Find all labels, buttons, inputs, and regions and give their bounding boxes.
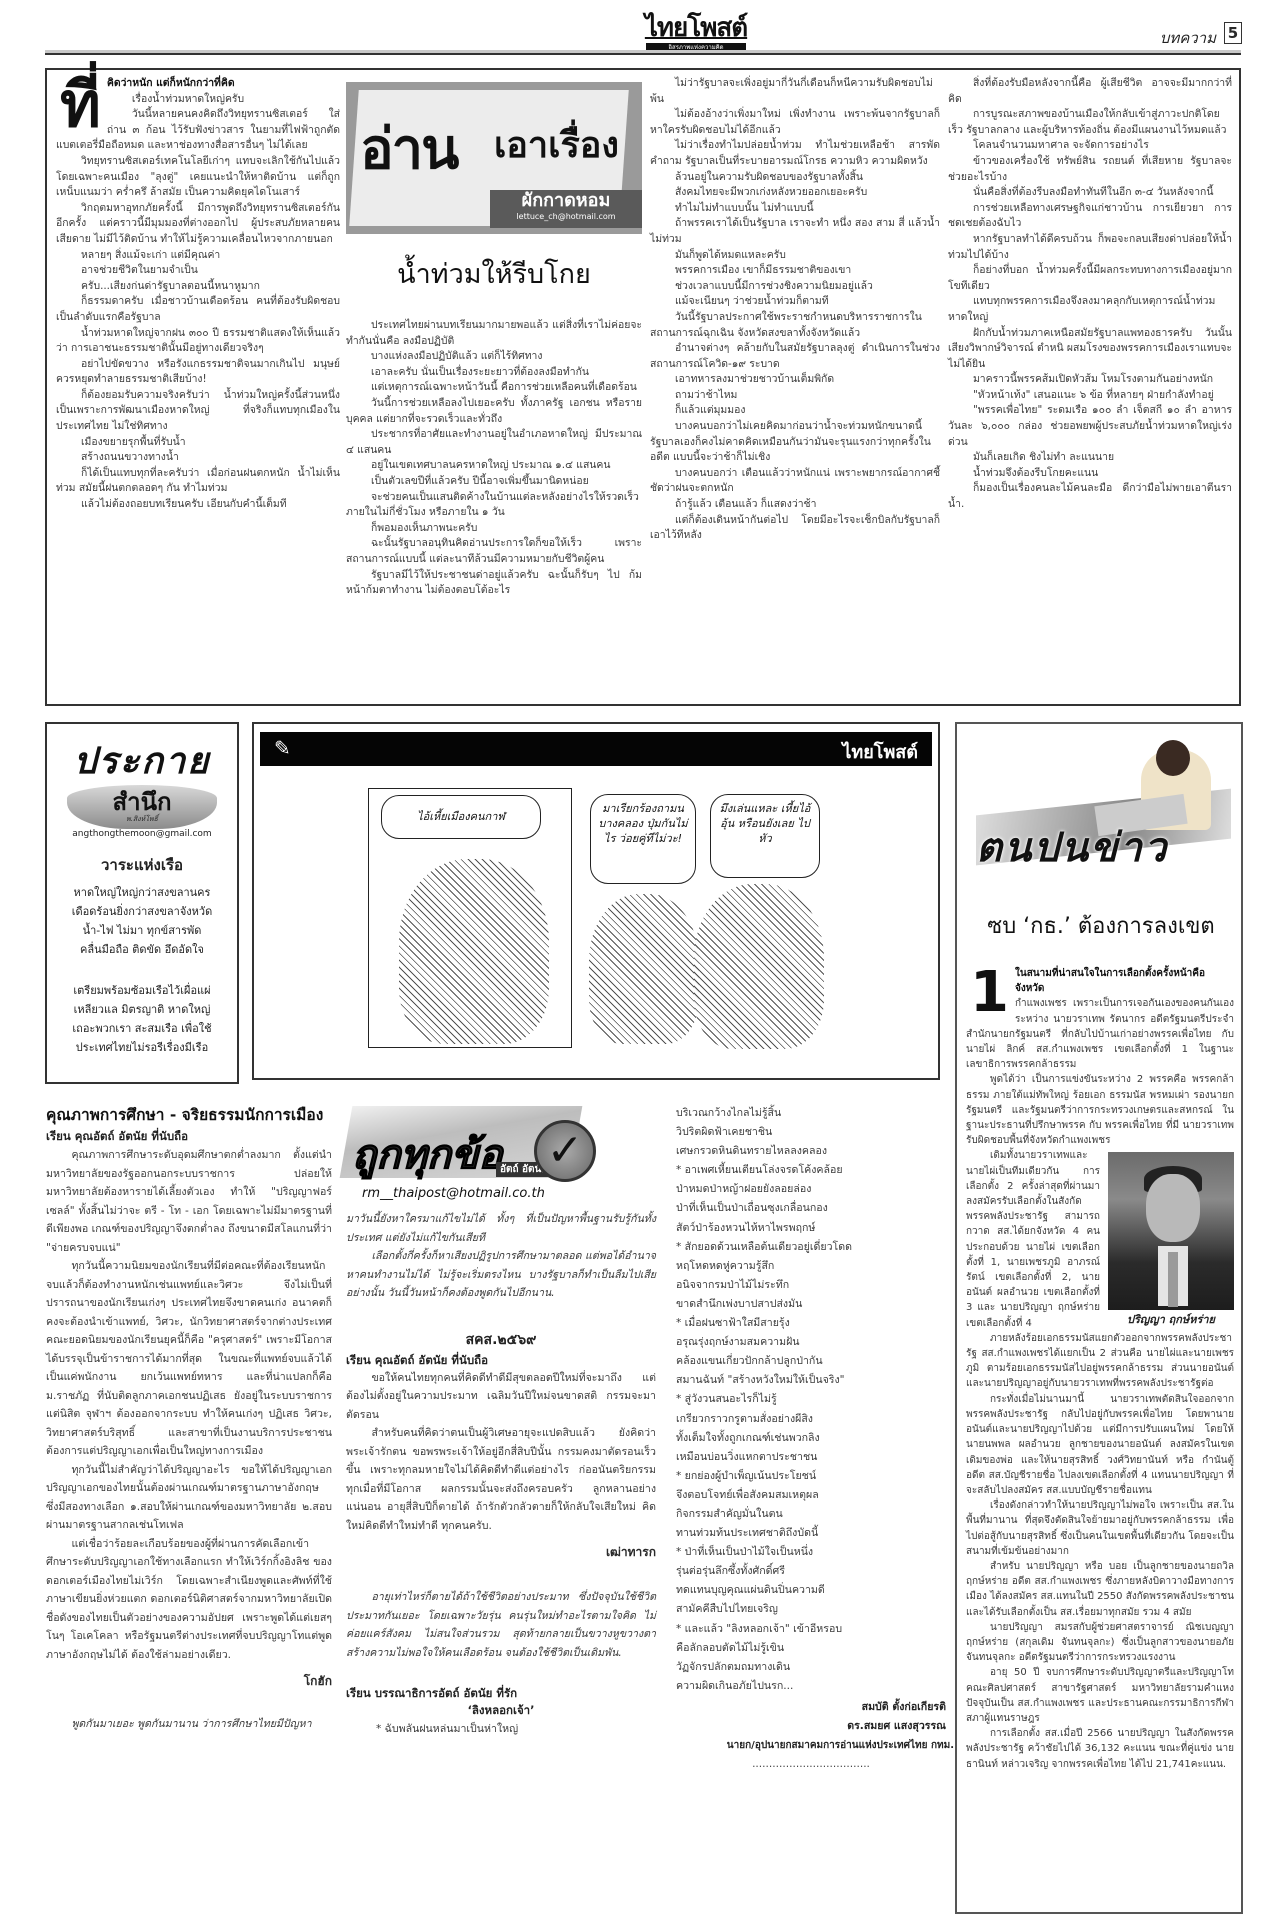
poem-line: ป่าหมดป่าหญ้าฝอยยังลอยล่อง <box>676 1180 946 1199</box>
poem-line: เถอะพวกเรา สะสมเรือ เพื่อใช้ <box>48 1019 236 1038</box>
poem-signature: สมบัติ ตั้งก่อเกียรติ <box>676 1698 946 1717</box>
poem-line: * สู่วังวนสนอะไรก็ไม่รู้ <box>676 1390 946 1409</box>
education-letter: คุณภาพการศึกษา - จริยธรรมนักการเมือง เรี… <box>46 1104 332 1733</box>
poem-line: อนิจจากรมป่าไม้ไม่ระทึก <box>676 1276 946 1295</box>
poem-line: เดือดร้อนยิ่งกว่าสงขลาจังหวัด <box>48 902 236 921</box>
speech-bubble-1: ไอ้เหี้ยเมืองคนกาฬ <box>381 795 541 839</box>
photo-tie <box>1168 1252 1178 1307</box>
paragraph: ถ้าพรรคเราได้เป็นรัฐบาล เราจะทำ หนึ่ง สอ… <box>650 216 940 247</box>
paragraph: นายปริญญา สมรสกับผู้ช่วยศาสตราจารย์ ณิชเ… <box>966 1620 1234 1666</box>
poem-signature: ดร.สมยศ แสงสุวรรณ <box>676 1717 946 1736</box>
poem-line: * และแล้ว "ลิงหลอกเจ้า" เข้าอีหรอบ <box>676 1620 946 1639</box>
paragraph: ไม่ต้องอ้างว่าเพิ่งมาใหม่ เพิ่งทำงาน เพร… <box>650 107 940 138</box>
poem-author: พ.สิงห์โพธิ์ <box>67 815 217 823</box>
paragraph: มาคราวนี้พรรคส้มเปิดหัวส้ม โหมโรงตามกันอ… <box>948 372 1232 388</box>
cartoon-brand: ไทยโพสต์ <box>842 737 918 766</box>
poem-line: ทดแทนบุญคุณแผ่นดินปิ่นความดี <box>676 1581 946 1600</box>
paragraph: ไม่ว่ารัฐบาลจะเพิ่งอยู่มากี่วันกี่เดือนก… <box>650 76 940 107</box>
paragraph: เลือกตั้งกี่ครั้งก็หาเสียงปฏิรูปการศึกษา… <box>346 1247 656 1303</box>
poem-line: ขาดสำนึกเพ่งบาปสาปส่งมัน <box>676 1295 946 1314</box>
poem-line: สัตว์ป่าร้องหวนไห้หาไพรพฤกษ์ <box>676 1219 946 1238</box>
paragraph: ก็มองเป็นเรื่องคนละไม้คนละมือ ดีกว่ามือไ… <box>948 481 1232 512</box>
tonpon-article: 1 ในสนามที่น่าสนใจในการเลือกตั้งครั้งหน้… <box>966 966 1234 1772</box>
paragraph: บางคนบอกว่า เตือนแล้วว่าหนักแน่ เพราะพยา… <box>650 466 940 497</box>
poem-line: กิจกรรมสำคัญมั่นในตน <box>676 1505 946 1524</box>
poem-box-content: ประกาย สำนึก พ.สิงห์โพธิ์ angthongthemoo… <box>48 732 236 1057</box>
poem-line: เกรียวกราวกรูตามสั่งอย่างผีสิง <box>676 1410 946 1429</box>
scroll-title: สำนึก <box>67 785 217 819</box>
mascot-icon: ✎ <box>274 736 291 760</box>
paragraph: ฉะนั้นรัฐบาลอนุทินคิดอ่านประการใดก็ขอให้… <box>346 536 642 567</box>
paragraph: รัฐบาลมีไว้ให้ประชาชนด่าอยู่แล้วครับ ฉะน… <box>346 568 642 599</box>
paragraph: มาวันนี้ยังหาใครมาแก้ไขไม่ได้ ทั้งๆ ที่เ… <box>346 1210 656 1247</box>
editor-reply: อายุเท่าไหร่ก็ตายได้ถ้าใช้ชีวิตอย่างประม… <box>346 1588 656 1662</box>
paragraph: อย่าไปขัดขวาง หรือรังแกธรรมชาติจนมากเกิน… <box>56 357 340 388</box>
poem-line: เศษกรวดหินดินทรายไหลลงคลอง <box>676 1142 946 1161</box>
paragraph: วิทยุทรานซิสเตอร์เทคโนโลยีเก่าๆ แทบจะเลิ… <box>56 154 340 201</box>
speech-bubble-3: มึงเล่นแหละ เหี้ยไอ้อุ้น หรือนยังเลย ไปห… <box>710 794 820 878</box>
paragraph: โคลนจำนวนมหาศาล จะจัดการอย่างไร <box>948 138 1232 154</box>
article-headline: น้ำท่วมให้รีบโกย <box>346 252 642 295</box>
paragraph: การบูรณะสภาพของบ้านเมืองให้กลับเข้าสู่ภา… <box>948 107 1232 138</box>
letter-salutation: เรียน บรรณาธิการอัตถ์ อัตนัย ที่รัก <box>346 1684 656 1702</box>
article-column-3: ไม่ว่ารัฐบาลจะเพิ่งอยู่มากี่วันกี่เดือนก… <box>650 76 940 544</box>
tuk-tuk-kho-logo: ถูกทุกข้อ อัตถ์ อัตนัย ✓ <box>346 1096 656 1188</box>
paragraph: วันนี้รัฐบาลประกาศใช้พระราชกำหนดบริหารรา… <box>650 310 940 341</box>
paragraph: ก็แล้วแต่มุมมอง <box>650 403 940 419</box>
portrait-photo <box>1108 1152 1234 1310</box>
paragraph: มันก็พูดได้หมดแหละครับ <box>650 248 940 264</box>
banner-small-text: เอาเรื่อง <box>494 126 619 166</box>
poem-stanza-1: หาดใหญ่ใหญ่กว่าสงขลานคร เดือดร้อนยิ่งกว่… <box>48 883 236 959</box>
paragraph: สำหรับ นายปริญญา หรือ บอย เป็นลูกชายของน… <box>966 1559 1234 1620</box>
tonpon-headline: ซบ ‘กธ.’ ต้องการลงเขต <box>966 908 1236 943</box>
poem-line: สมานฉันท์ "สร้างหวังใหม่ให้เป็นจริง" <box>676 1371 946 1390</box>
paragraph: ครับ...เสียงก่นด่ารัฐบาลตอนนี้หนาหูมาก <box>56 279 340 295</box>
paragraph: เอาละครับ นั่นเป็นเรื่องระยะยาวที่ต้องลง… <box>346 365 642 381</box>
paragraph: ล้วนอยู่ในความรับผิดชอบของรัฐบาลทั้งสิ้น <box>650 170 940 186</box>
paragraph: ไม่ว่าเรื่องทำไมปล่อยน้ำท่วม ทำไมช่วยเหล… <box>650 138 940 169</box>
author-name: ผักกาดหอม <box>490 190 642 212</box>
paragraph: เมืองขยายรุกพื้นที่รับน้ำ <box>56 435 340 451</box>
letter-signature: เฒ่าทารก <box>346 1543 656 1562</box>
poem-column: บริเวณกว้างไกลไม่รู้สิ้น วิปริตผิดฟ้าเคย… <box>676 1104 946 1774</box>
poem-first-line: * ฉับพลันฝนหล่นมาเป็นห่าใหญ่ <box>346 1720 656 1738</box>
paragraph: วิกฤตมหาอุทกภัยครั้งนี้ มีการพูดถึงวิทยุ… <box>56 201 340 248</box>
poem-line: ความผิดเกินอภัยไปนรก... <box>676 1677 946 1696</box>
tonpon-logo: ตนปนข่าว <box>966 740 1236 880</box>
poem-line: คลื่นมือถือ ติดขัด อึดอัดใจ <box>48 940 236 959</box>
poem-heading: วาระแห่งเรือ <box>48 853 236 877</box>
cartoon-figure-politician <box>399 859 549 1044</box>
paragraph: เป็นตัวเลขปีที่แล้วครับ ปีนี้อาจเพิ่มขึ้… <box>346 474 642 490</box>
tuk-email[interactable]: rm__thaipost@hotmail.co.th <box>362 1186 545 1201</box>
paragraph: ถามว่าช้าไหม <box>650 388 940 404</box>
paragraph: "หัวหน้าเท้ง" เสนอแนะ ๖ ข้อ ที่หลายๆ ฝ่า… <box>948 388 1232 404</box>
dropcap-number: 1 <box>970 966 1009 1020</box>
article-column-4: สิ่งที่ต้องรับมือหลังจากนี้คือ ผู้เสียชี… <box>948 76 1232 513</box>
tuk-column-body: มาวันนี้ยังหาใครมาแก้ไขไม่ได้ ทั้งๆ ที่เ… <box>346 1210 656 1738</box>
speech-bubble-2: มาเรียกร้องถามน บางคลอง ปุ่มกันไม่ไร ว่อ… <box>590 794 696 884</box>
paragraph: อาจช่วยชีวิตในยามจำเป็น <box>56 263 340 279</box>
paragraph: "พรรคเพื่อไทย" ระดมเรือ ๑๐๐ ลำ เจ็ตสกี ๑… <box>948 403 1232 450</box>
letter-title: สคส.๒๕๖๙ <box>346 1329 656 1351</box>
letter-body: คุณภาพการศึกษาระดับอุดมศึกษาตกต่ำลงมาก ต… <box>46 1146 332 1664</box>
paragraph: วันนี้การช่วยเหลือลงไปเยอะครับ ทั้งภาครั… <box>346 396 642 427</box>
paragraph: แต่ก็ต้องเดินหน้ากันต่อไป โดยมีอะไรจะเช็… <box>650 513 940 544</box>
masthead-logo: ไทยโพสต์ <box>640 14 752 42</box>
section-label: บทความ <box>1160 26 1216 50</box>
paragraph: แล้วไม่ต้องถอยบทเรียนครับ เอียนกับคำนี้เ… <box>56 497 340 513</box>
paragraph: เอาทหารลงมาช่วยชาวบ้านเต็มพิกัด <box>650 372 940 388</box>
paragraph: อายุ 50 ปี จบการศึกษาระดับปริญญาตรีและปร… <box>966 1665 1234 1726</box>
dropcap: ที่ <box>60 76 101 134</box>
reader-head <box>1156 740 1190 776</box>
paragraph: ฝักกับน้ำท่วมภาคเหนือสมัยรัฐบาลแพทองธารค… <box>948 326 1232 373</box>
paragraph: พูดได้ว่า เป็นการแข่งขันระหว่าง 2 พรรคคื… <box>966 1072 1234 1148</box>
paragraph: ก็อย่างที่บอก น้ำท่วมครั้งนี้มีผลกระทบทา… <box>948 263 1232 294</box>
poem-line: คือลักลอบตัดไม้ไม่รู้เขิน <box>676 1639 946 1658</box>
poem-line: ทานท่วมท้นประเทศชาติถึงบัดนี้ <box>676 1524 946 1543</box>
paragraph: ประชากรที่อาศัยและทำงานอยู่ในอำเภอหาดใหญ… <box>346 427 642 458</box>
poem-signature-title: นายก/อุปนายกสมาคมการอ่านแห่งประเทศไทย กท… <box>676 1736 954 1755</box>
paragraph: ข้าวของเครื่องใช้ ทรัพย์สิน รถยนต์ ที่เส… <box>948 154 1232 185</box>
cartoon-header-bar: ✎ ไทยโพสต์ <box>260 732 932 766</box>
paragraph: ขอให้คนไทยทุกคนที่คิดดีทำดีมีสุขตลอดปีให… <box>346 1369 656 1425</box>
divider-dots: ................................... <box>676 1755 946 1774</box>
paragraph: อำนาจต่างๆ คล้ายกับในสมัยรัฐบาลลุงตู่ ดำ… <box>650 341 940 372</box>
poem-line: * ยกย่องผู้บำเพ็ญเน้นประโยชน์ <box>676 1467 946 1486</box>
paragraph: การช่วยเหลือทางเศรษฐกิจแก่ชาวบ้าน การเยี… <box>948 201 1232 232</box>
paragraph: สังคมไทยจะมีพวกเก่งหลังหวยออกเยอะครับ <box>650 185 940 201</box>
poem-line: ป่าที่เห็นเป็นป่าเถื่อนซุงเกลื่อนกอง <box>676 1199 946 1218</box>
cartoon-figure-monster-left <box>589 894 699 1044</box>
poem-line: หฤโหดหดหู่ความรู้สึก <box>676 1257 946 1276</box>
poem-line: สามัคคีสืบไปไทยเจริญ <box>676 1600 946 1619</box>
paragraph: ภายหลังร้อยเอกธรรมนัสแยกตัวออกจากพรรคพลั… <box>966 1331 1234 1392</box>
paragraph: น้ำท่วมจึงต้องรีบโกยคะแนน <box>948 466 1232 482</box>
paragraph: สิ่งที่ต้องรับมือหลังจากนี้คือ ผู้เสียชี… <box>948 76 1232 107</box>
author-email[interactable]: lettuce_ch@hotmail.com <box>490 212 642 222</box>
photo-caption: ปริญญา ฤกษ์หร่าย <box>1108 1312 1234 1327</box>
poem-line: หาดใหญ่ใหญ่กว่าสงขลานคร <box>48 883 236 902</box>
paragraph: ก็พอมองเห็นภาพนะครับ <box>346 521 642 537</box>
poem-line: คล้องแขนเกี่ยวปักกล้าปลูกป่ากัน <box>676 1352 946 1371</box>
editorial-cartoon: ✎ ไทยโพสต์ ไอ้เหี้ยเมืองคนกาฬ มาเรียกร้อ… <box>252 722 940 1080</box>
cartoon-panel-left: ไอ้เหี้ยเมืองคนกาฬ <box>368 788 572 1048</box>
tuk-logo-text: ถูกทุกข้อ <box>352 1122 502 1186</box>
paragraph: ประเทศไทยผ่านบทเรียนมากมายพอแล้ว แต่สิ่ง… <box>346 318 642 349</box>
poem-title: ‘ลิงหลอกเจ้า’ <box>346 1702 656 1720</box>
paragraph: บางคนบอกว่าไม่เคยคิดมาก่อนว่าน้ำจะท่วมหน… <box>650 419 940 466</box>
page-number: 5 <box>1224 22 1242 44</box>
poem-line: * อาเพศเหี้ยนเตียนโล่งจรดโค้งคล้อย <box>676 1161 946 1180</box>
poem-line: วัฏจักรปลักตมถมทางเดิน <box>676 1658 946 1677</box>
poem-line: อรุณรุ่งฤกษ์งามสมความฝัน <box>676 1333 946 1352</box>
banner-big-text: อ่าน <box>360 120 457 180</box>
poem-line: * ป่าที่เห็นเป็นป่าไม้ใจเป็นหนึ่ง <box>676 1543 946 1562</box>
paragraph: ช่วงเวลาแบบนี้มีการช่วงชิงความนิยมอยู่แล… <box>650 279 940 295</box>
column-banner-arn-ao-rueang: อ่าน เอาเรื่อง ผักกาดหอม lettuce_ch@hotm… <box>346 82 642 234</box>
letter-body: ขอให้คนไทยทุกคนที่คิดดีทำดีมีสุขตลอดปีให… <box>346 1369 656 1536</box>
scroll-banner: สำนึก พ.สิงห์โพธิ์ <box>67 785 217 829</box>
photo-face <box>1146 1174 1200 1242</box>
paragraph: มันก็เลยเกิด ชิงไม่ทำ ละแนนาย <box>948 450 1232 466</box>
tonpon-logo-text: ตนปนข่าว <box>976 815 1168 879</box>
poem-line: น้ำ-ไฟ ไม่มา ทุกข์สารพัด <box>48 921 236 940</box>
paragraph: แม้จะเนียนๆ ว่าช่วยน้ำท่วมก็ตามที <box>650 294 940 310</box>
reply-block: มาวันนี้ยังหาใครมาแก้ไขไม่ได้ ทั้งๆ ที่เ… <box>346 1210 656 1303</box>
author-bar: ผักกาดหอม lettuce_ch@hotmail.com <box>490 190 642 228</box>
article-column-1: ที่ คิดว่าหนัก แต่ก็หนักกว่าที่คิด เรื่อ… <box>56 76 340 513</box>
paragraph: หากรัฐบาลทำได้ดีครบถ้วน ก็พอจะกลบเสียงด่… <box>948 232 1232 263</box>
poem-line: เหมือนบ่อนวิ่งแหกตาประชาชน <box>676 1448 946 1467</box>
poem-line: * เมื่อฝนซาฟ้าใสมีสายรุ้ง <box>676 1314 946 1333</box>
letter-signature: โกฮัก <box>46 1672 332 1691</box>
paragraph: สำหรับคนที่คิดว่าตนเป็นผู้วิเศษอายุจะแปด… <box>346 1424 656 1535</box>
checkmark-icon: ✓ <box>534 1120 596 1182</box>
paragraph: แต่เชื่อว่าร้อยละเกือบร้อยของผู้ที่ผ่านก… <box>46 1535 332 1665</box>
paragraph: ทุกวันนี้ไม่สำคัญว่าได้ปริญญาอะไร ขอให้ไ… <box>46 1461 332 1535</box>
article-column-2: ประเทศไทยผ่านบทเรียนมากมายพอแล้ว แต่สิ่ง… <box>346 318 642 599</box>
paragraph: จะช่วยคนเป็นแสนติดค้างในบ้านแต่ละหลังอย่… <box>346 490 642 521</box>
poem-line: เตรียมพร้อมซ้อมเรือไว้เผื่อแผ่ <box>48 981 236 1000</box>
editor-reply: พูดกันมาเยอะ พูดกันมานาน ว่าการศึกษาไทยม… <box>46 1717 332 1733</box>
paragraph: ถ้ารู้แล้ว เตือนแล้ว ก็แสดงว่าช้า <box>650 497 940 513</box>
paragraph: พรรคการเมือง เขาก็มีธรรมชาติของเขา <box>650 263 940 279</box>
poem-email[interactable]: angthongthemoon@gmail.com <box>48 829 236 839</box>
poem-line: ทั้งเต็มใจทั้งถูกเกณฑ์เช่นพวกลิง <box>676 1429 946 1448</box>
letter-salutation: เรียน คุณอัตถ์ อัตนัย ที่นับถือ <box>46 1126 332 1146</box>
paragraph: กระทั่งเมื่อไม่นานมานี้ นายวราเทพตัดสินใ… <box>966 1392 1234 1498</box>
masthead: ไทยโพสต์ อิสรภาพแห่งความคิด <box>640 14 752 52</box>
paragraph: บางแห่งลงมือปฏิบัติแล้ว แต่ก็ไร้ทิศทาง <box>346 349 642 365</box>
paragraph: อยู่ในเขตเทศบาลนครหาดใหญ่ ประมาณ ๑.๔ แสน… <box>346 458 642 474</box>
paragraph: ทำไมไม่ทำแบบนั้น ไม่ทำแบบนี้ <box>650 201 940 217</box>
letter-salutation: เรียน คุณอัตถ์ อัตนัย ที่นับถือ <box>346 1351 656 1369</box>
paragraph: น้ำท่วมหาดใหญ่จากฝน ๓๐๐ ปี ธรรมชาติแสดงใ… <box>56 326 340 357</box>
paragraph: นั่นคือสิ่งที่ต้องรีบลงมือทำทันทีในอีก ๓… <box>948 185 1232 201</box>
poem-line: รุ่นต่อรุ่นลึกซึ้งทั้งศักดิ์ศรี <box>676 1562 946 1581</box>
paragraph: ก็ได้เป็นแทบทุกที่ละครับว่า เมื่อก่อนฝนต… <box>56 466 340 497</box>
poem-stanza-2: เตรียมพร้อมซ้อมเรือไว้เผื่อแผ่ เหลียวแล … <box>48 981 236 1057</box>
poem-line: จึงตอบโจทย์เพื่อสังคมสมเหตุผล <box>676 1486 946 1505</box>
paragraph: คุณภาพการศึกษาระดับอุดมศึกษาตกต่ำลงมาก ต… <box>46 1146 332 1257</box>
paragraph: สร้างถนนขวางทางน้ำ <box>56 450 340 466</box>
paragraph: การเลือกตั้ง สส.เมื่อปี 2566 นายปริญญา ใ… <box>966 1726 1234 1772</box>
paragraph: แต่เหตุการณ์เฉพาะหน้าวันนี้ คือการช่วยเห… <box>346 380 642 396</box>
paragraph: ทุกวันนี้ความนิยมของนักเรียนที่มีต่อคณะท… <box>46 1257 332 1461</box>
poem-line: วิปริตผิดฟ้าเคยชาชิน <box>676 1123 946 1142</box>
paragraph: แทบทุกพรรคการเมืองจึงลงมาคลุกกับเหตุการณ… <box>948 294 1232 325</box>
header-rule <box>45 50 1241 55</box>
poem-line: เหลียวแล มิตรญาติ หาดใหญ่ <box>48 1000 236 1019</box>
paragraph: หลายๆ สิ่งแม้จะเก่า แต่มีคุณค่า <box>56 248 340 264</box>
poem-line: บริเวณกว้างไกลไม่รู้สิ้น <box>676 1104 946 1123</box>
poem-script-title: ประกาย <box>48 732 236 789</box>
paragraph: ก็ธรรมดาครับ เมื่อชาวบ้านเดือดร้อน คนที่… <box>56 294 340 325</box>
paragraph: ก็ต้องยอมรับความจริงครับว่า น้ำท่วมใหญ่ค… <box>56 388 340 435</box>
poem-line: * สักยอดด้วนเหลือต้นเดียวอยู่เดี่ยวโดด <box>676 1238 946 1257</box>
paragraph: เรื่องดังกล่าวทำให้นายปริญญาไม่พอใจ เพรา… <box>966 1498 1234 1559</box>
poem-line: ประเทศไทยไม่รอรีเรื่องมีเรือ <box>48 1038 236 1057</box>
cartoon-figure-monster-right <box>694 884 824 1049</box>
letter-headline: คุณภาพการศึกษา - จริยธรรมนักการเมือง <box>46 1104 332 1126</box>
